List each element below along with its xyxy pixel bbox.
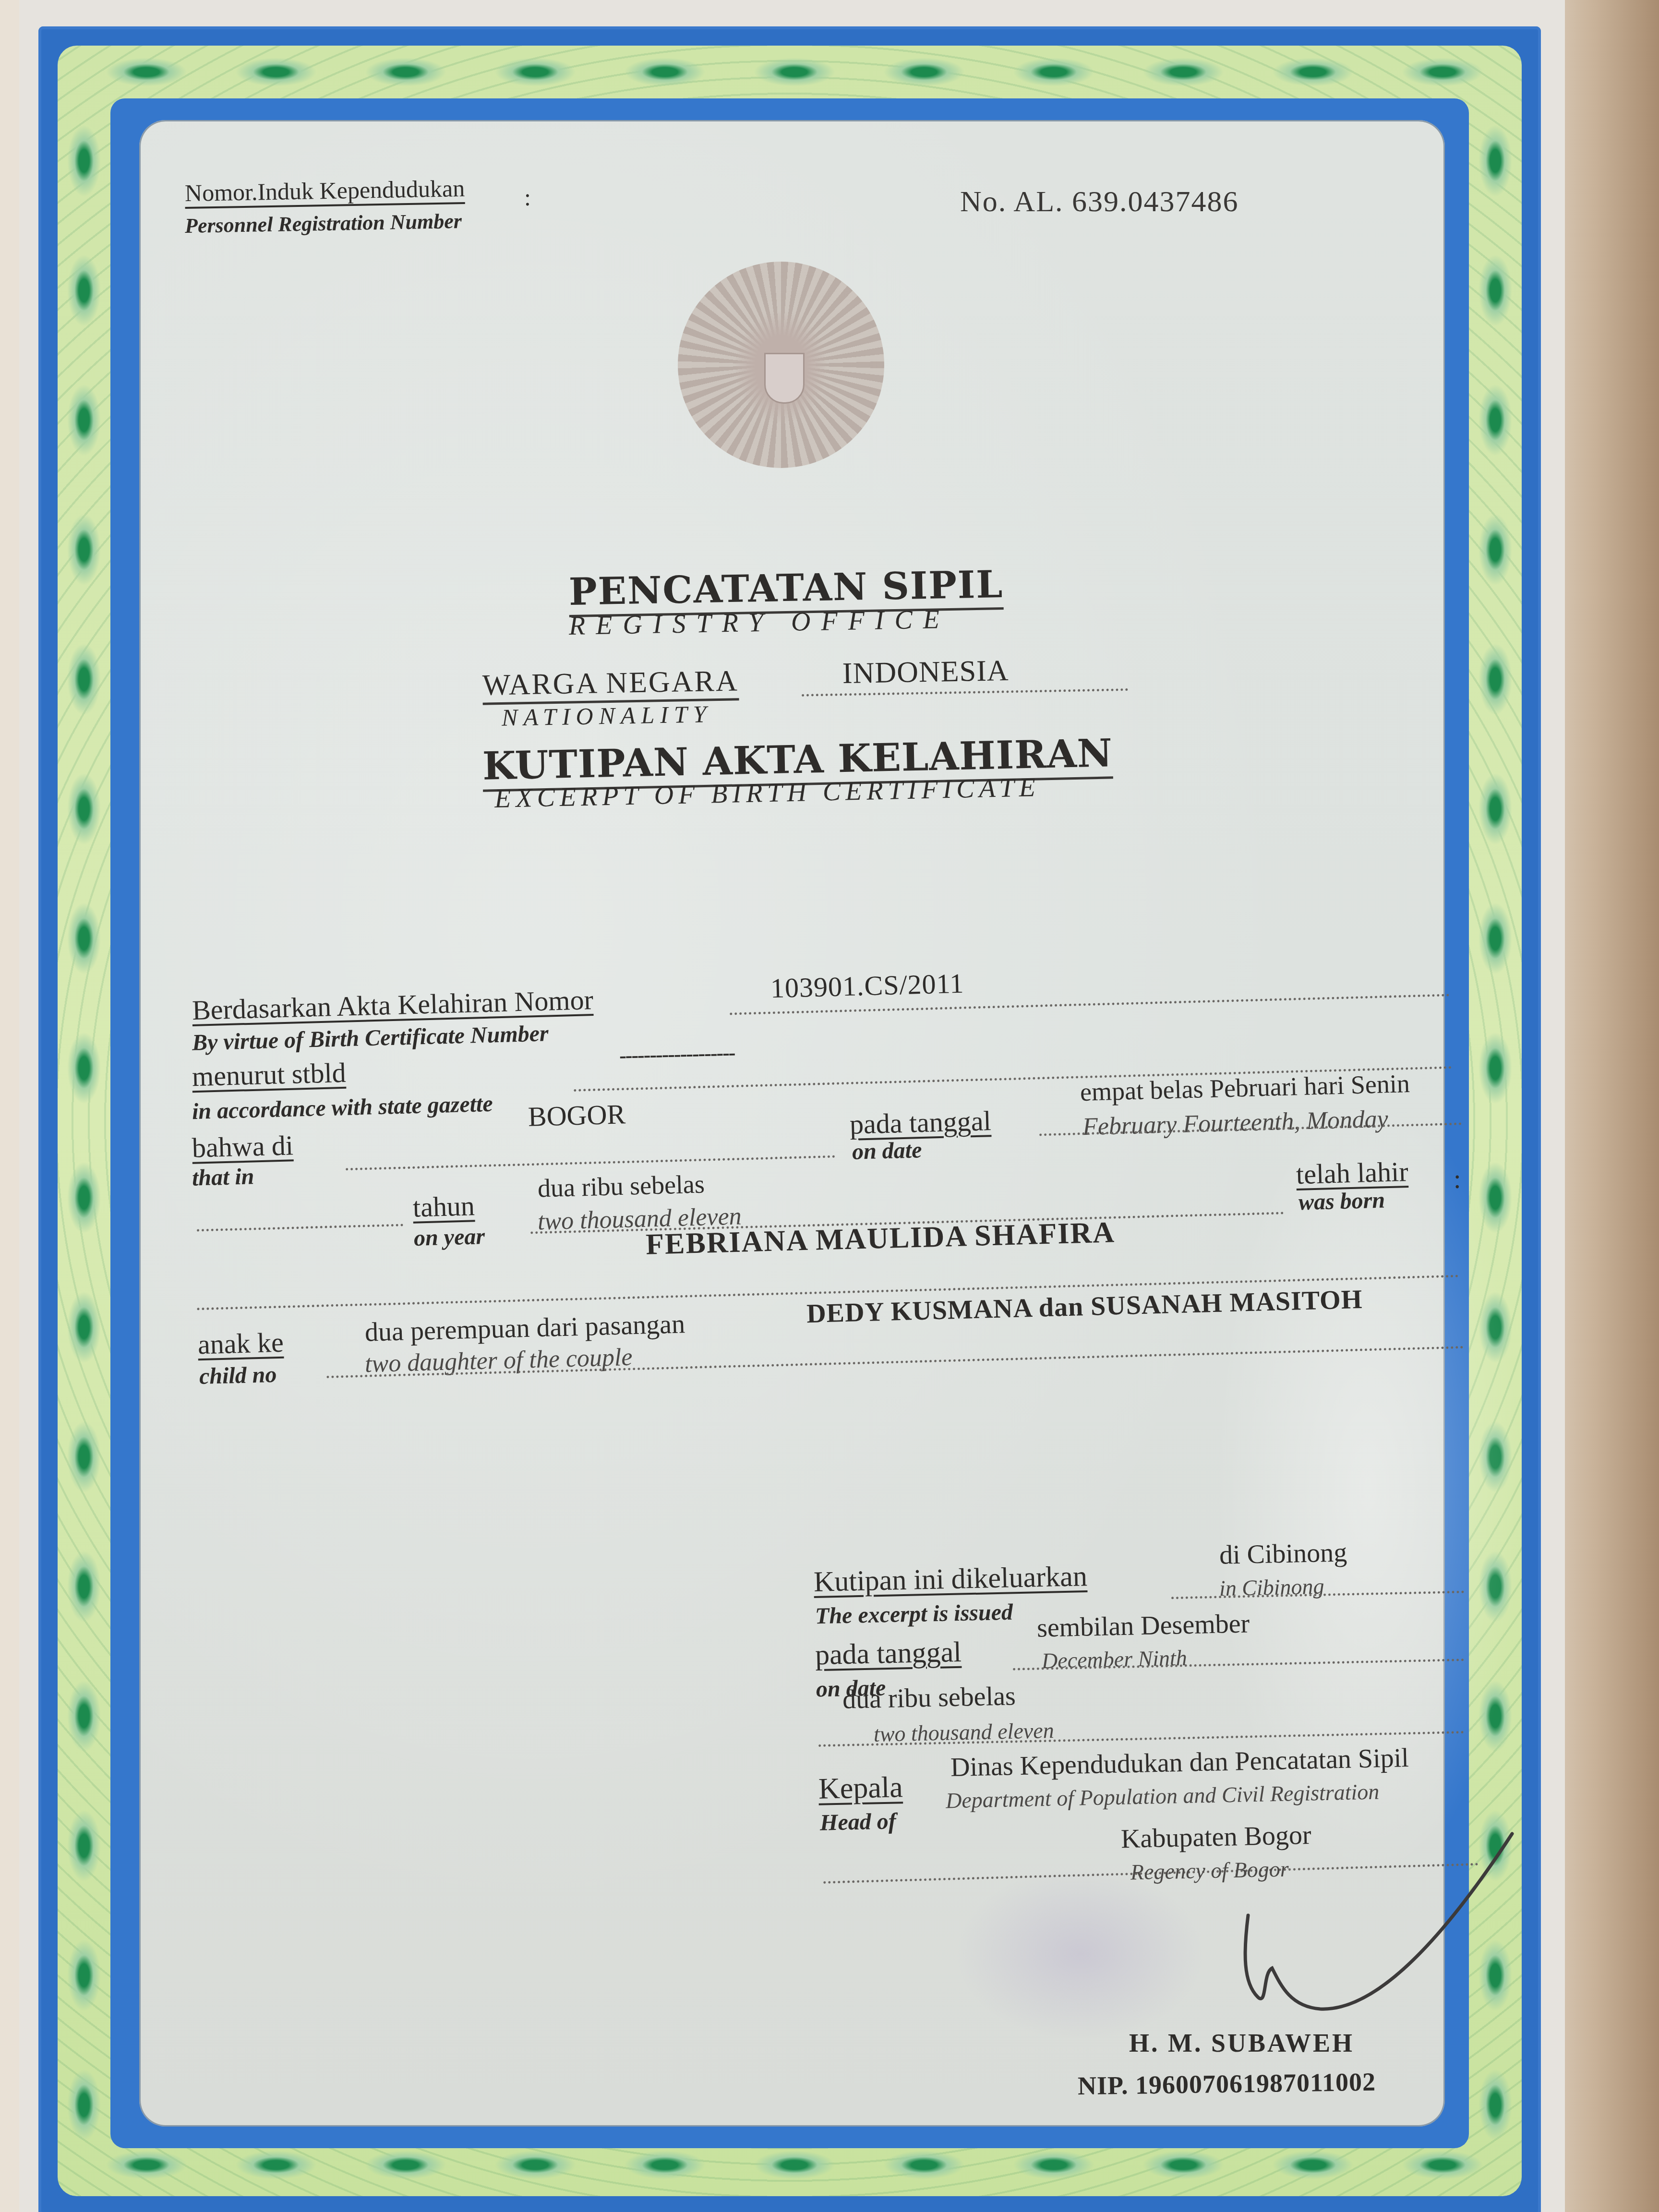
born-label: telah lahir (1296, 1155, 1408, 1190)
issued-date-value: sembilan Desember (1036, 1608, 1250, 1643)
border-ornament-icon (67, 2069, 101, 2141)
head-label: Kepala (818, 1770, 903, 1806)
border-ornament-icon (1402, 58, 1483, 86)
date-label: pada tanggal (849, 1105, 991, 1141)
border-ornament-icon (1479, 254, 1512, 326)
border-ornament-icon (67, 1680, 101, 1752)
border-ornament-icon (67, 514, 101, 586)
border-ornament-icon (106, 2151, 187, 2179)
nik-label: Nomor.Induk Kependudukan (185, 174, 465, 207)
border-ornament-icon (67, 125, 101, 197)
border-ornament-icon (1013, 2151, 1094, 2179)
serial-number: No. AL. 639.0437486 (960, 185, 1239, 219)
border-ornament-icon (1479, 384, 1512, 456)
stbld-label: menurut stbld (192, 1057, 346, 1093)
border-ornament-icon (67, 1032, 101, 1104)
border-ornament-icon (67, 1421, 101, 1493)
year-label-en: on year (413, 1223, 485, 1251)
border-ornament-icon (67, 773, 101, 845)
official-nip: NIP. 196007061987011002 (1078, 2067, 1376, 2101)
border-ornament-icon (1479, 514, 1512, 586)
signature-icon (1229, 1815, 1536, 2035)
border-ornament-icon (624, 2151, 706, 2179)
border-ornament-icon (1013, 58, 1094, 86)
border-ornament-icon (1479, 125, 1512, 197)
border-ornament-icon (365, 58, 446, 86)
border-ornament-icon (1479, 643, 1512, 715)
border-ornament-icon (67, 384, 101, 456)
nationality-value: INDONESIA (842, 654, 1009, 691)
date-label-en: on date (852, 1137, 922, 1165)
border-ornament-icon (1479, 773, 1512, 845)
border-ornament-icon (883, 2151, 965, 2179)
border-ornament-icon (67, 1810, 101, 1882)
border-ornament-icon (1142, 58, 1224, 86)
border-ornament-icon (106, 58, 187, 86)
issued-label: Kutipan ini dikeluarkan (813, 1560, 1087, 1599)
official-name: H. M. SUBAWEH (1129, 2028, 1354, 2058)
born-colon: : (1454, 1164, 1461, 1195)
border-ornament-icon (754, 2151, 835, 2179)
issued-place: di Cibinong (1219, 1537, 1347, 1571)
border-ornament-icon (1479, 2069, 1512, 2141)
border-ornament-icon (1402, 2151, 1483, 2179)
nik-colon: : (524, 183, 531, 211)
border-ornament-icon (494, 58, 576, 86)
border-ornament-icon (754, 58, 835, 86)
border-ornament-icon (1272, 58, 1354, 86)
born-label-en: was born (1298, 1187, 1385, 1216)
emblem-shield-icon (764, 353, 805, 404)
border-ornament-icon (1142, 2151, 1224, 2179)
border-ornament-icon (235, 2151, 317, 2179)
year-value: dua ribu sebelas (537, 1169, 705, 1203)
place-value: BOGOR (528, 1098, 626, 1132)
border-ornament-icon (67, 1291, 101, 1363)
border-ornament-icon (624, 58, 706, 86)
border-ornament-icon (67, 1939, 101, 2011)
border-ornament-icon (67, 1162, 101, 1234)
nationality-label-en: NATIONALITY (502, 700, 713, 732)
border-ornament-icon (365, 2151, 446, 2179)
border-ornament-icon (67, 1551, 101, 1623)
place-label-en: that in (192, 1163, 254, 1191)
official-stamp (955, 1867, 1205, 2040)
issued-date-label: pada tanggal (815, 1635, 962, 1671)
issued-year-value: dua ribu sebelas (842, 1681, 1016, 1715)
child-no-label-en: child no (199, 1361, 277, 1390)
border-ornament-icon (67, 902, 101, 974)
year-label: tahun (412, 1190, 475, 1223)
child-no-label: anak ke (197, 1326, 284, 1361)
stbld-value: ------------------- (619, 1040, 735, 1068)
border-ornament-icon (494, 2151, 576, 2179)
border-ornament-icon (235, 58, 317, 86)
border-ornament-icon (1479, 902, 1512, 974)
birth-cert-number: 103901.CS/2011 (770, 967, 964, 1005)
nationality-label: WARGA NEGARA (482, 664, 739, 705)
place-label: bahwa di (192, 1129, 294, 1164)
nik-label-en: Personnel Registration Number (185, 209, 462, 238)
head-label-en: Head of (819, 1808, 896, 1836)
border-ornament-icon (883, 58, 965, 86)
border-ornament-icon (67, 643, 101, 715)
border-ornament-icon (1272, 2151, 1354, 2179)
border-ornament-icon (67, 254, 101, 326)
issued-label-en: The excerpt is issued (815, 1599, 1013, 1630)
